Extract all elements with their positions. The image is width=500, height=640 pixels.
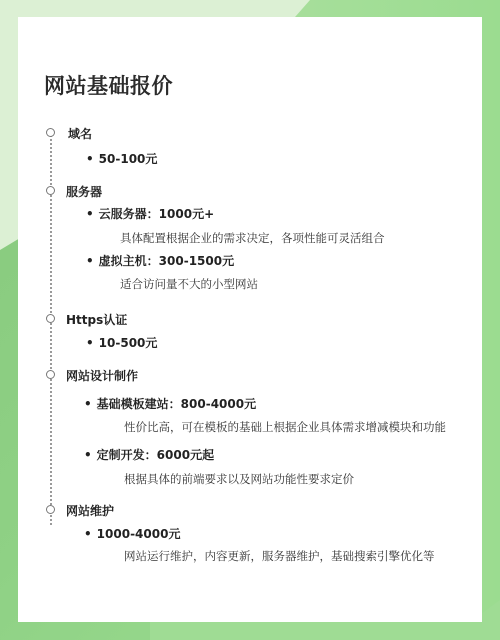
section-heading-design: 网站设计制作	[66, 367, 138, 384]
price-description: 性价比高，可在模板的基础上根据企业具体需求增减模块和功能	[124, 419, 446, 435]
price-item: 1000-4000元	[84, 525, 180, 542]
price-description: 适合访问量不大的小型网站	[120, 276, 258, 292]
price-description: 网站运行维护，内容更新，服务器维护，基础搜索引擎优化等	[124, 548, 435, 564]
section-heading-domain: 域名	[68, 125, 92, 142]
price-item: 定制开发：6000元起	[84, 446, 214, 463]
timeline-node-icon	[46, 370, 55, 379]
section-heading-https: Https认证	[66, 311, 127, 328]
section-heading-server: 服务器	[66, 183, 102, 200]
page-title: 网站基础报价	[44, 70, 173, 100]
section-heading-maintenance: 网站维护	[66, 502, 114, 519]
timeline-node-icon	[46, 505, 55, 514]
price-description: 具体配置根据企业的需求决定，各项性能可灵活组合	[120, 230, 385, 246]
price-description: 根据具体的前端要求以及网站功能性要求定价	[124, 471, 354, 487]
price-item: 10-500元	[86, 334, 157, 351]
price-item: 基础模板建站：800-4000元	[84, 395, 256, 412]
pricing-card: 网站基础报价 域名 50-100元 服务器 云服务器：1000元+ 具体配置根据…	[18, 17, 482, 622]
timeline-node-icon	[46, 314, 55, 323]
price-item: 云服务器：1000元+	[86, 205, 214, 222]
timeline-node-icon	[46, 186, 55, 195]
timeline-node-icon	[46, 128, 55, 137]
price-item: 50-100元	[86, 150, 157, 167]
price-item: 虚拟主机：300-1500元	[86, 252, 234, 269]
